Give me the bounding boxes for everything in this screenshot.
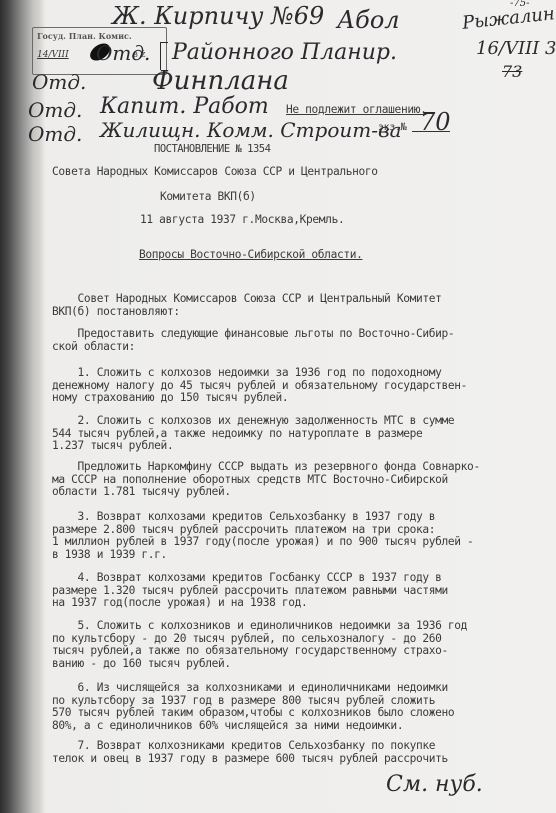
paragraph-line: 2. Сложить с колхозов их денежную задолж…: [52, 415, 454, 428]
paragraph: 2. Сложить с колхозов их денежную задолж…: [52, 415, 454, 453]
handwritten-dist-dept-3: Капит. Работ: [100, 94, 269, 119]
document-title: ПОСТАНОВЛЕНИЕ № 1354: [154, 143, 270, 156]
paragraph-line: в 1938 и 1939 г.г.: [52, 549, 473, 562]
stamp-organization: Госуд. План. Комис.: [37, 31, 132, 41]
handwritten-date: 16/VIII 37: [476, 38, 556, 59]
bracket-line: [160, 42, 168, 43]
paragraph-line: 4. Возврат колхозами кредитов Госбанку С…: [52, 572, 448, 585]
paragraph-line: 3. Возврат колхозами кредитов Сельхозбан…: [52, 511, 473, 524]
paragraph-line: области 1.781 тысячу рублей.: [52, 486, 480, 499]
handwritten-dist-dept-2: Финплана: [152, 66, 289, 96]
paragraph-line: 1.237 тысяч рублей.: [52, 440, 454, 453]
handwritten-note-top: Абол: [337, 6, 400, 34]
paragraph-line: 570 тысяч рублей таким образом,чтобы с к…: [52, 707, 454, 720]
issuer-line-1: Совета Народных Комиссаров Союза ССР и Ц…: [52, 166, 378, 179]
paragraph-line: ному страхованию до 150 тысяч рублей.: [52, 392, 467, 405]
paragraph: 6. Из числящейся за колхозниками и едино…: [52, 682, 454, 732]
paragraph-line: на 1937 год(после урожая) и на 1938 год.: [52, 597, 448, 610]
handwritten-addressee: Ж. Кирпичу №69: [112, 2, 324, 30]
handwritten-dist-dept-4: Жилищн. Комм. Строит-ва: [100, 118, 402, 142]
paragraph: 5. Сложить с колхозников и единоличников…: [52, 620, 467, 670]
copy-number-underline: [412, 131, 450, 132]
paragraph: Предложить Наркомфину СССР выдать из рез…: [52, 461, 480, 499]
paragraph: 3. Возврат колхозами кредитов Сельхозбан…: [52, 511, 473, 561]
paragraph-line: Предоставить следующие финансовые льготы…: [52, 328, 454, 341]
handwritten-dist-dept-1: Районного Планир.: [172, 40, 397, 65]
paragraph-line: 7. Возврат колхозниками кредитов Сельхоз…: [52, 740, 448, 753]
paragraph: Предоставить следующие финансовые льготы…: [52, 328, 454, 353]
paragraph: 1. Сложить с колхозов недоимки за 1936 г…: [52, 367, 467, 405]
document-subject: Вопросы Восточно-Сибирской области.: [139, 249, 363, 262]
handwritten-dist-prefix-1: Отд.: [96, 41, 150, 65]
paragraph-line: Совет Народных Комиссаров Союза ССР и Це…: [52, 293, 442, 306]
paragraph-line: 1 миллион рублей в 1937 году(после урожа…: [52, 536, 473, 549]
secrecy-note: Не подлежит оглашению.: [286, 104, 426, 117]
paragraph: 7. Возврат колхозниками кредитов Сельхоз…: [52, 740, 448, 765]
bracket-line: [160, 42, 162, 70]
paragraph-line: тысяч рублей,а также по обязательному го…: [52, 645, 467, 658]
paragraph-line: 1. Сложить с колхозов недоимки за 1936 г…: [52, 367, 467, 380]
document-page: Госуд. План. Комис. 14/VIII з ż Ж. Кирпи…: [0, 0, 556, 813]
handwritten-dist-prefix-3: Отд.: [28, 98, 82, 122]
handwritten-continued-note: См. нуб.: [386, 772, 483, 797]
paragraph-line: Предложить Наркомфину СССР выдать из рез…: [52, 461, 480, 474]
handwritten-dist-prefix-2: Отд.: [32, 70, 86, 94]
paragraph: Совет Народных Комиссаров Союза ССР и Це…: [52, 293, 442, 318]
handwritten-signature: Рыжалин: [461, 3, 556, 34]
paragraph: 4. Возврат колхозами кредитов Госбанку С…: [52, 572, 448, 610]
handwritten-page-mark: -75-: [510, 0, 529, 9]
paragraph-line: 6. Из числящейся за колхозниками и едино…: [52, 682, 454, 695]
copy-label: экз.№: [378, 122, 406, 135]
date-place: 11 августа 1937 г.Москва,Кремль.: [140, 214, 344, 227]
paragraph-line: 5. Сложить с колхозников и единоличников…: [52, 620, 467, 633]
issuer-line-2: Комитета ВКП(б): [160, 191, 256, 204]
paragraph-line: ской области:: [52, 341, 454, 354]
paragraph-line: 80%, а с единоличников 60% числящейся за…: [52, 720, 454, 733]
paragraph-line: ванию - до 160 тысяч рублей.: [52, 658, 467, 671]
stamp-date: 14/VIII: [37, 50, 69, 60]
paragraph-line: ВКП(б) постановляют:: [52, 306, 442, 319]
handwritten-number: 73: [502, 62, 522, 81]
paragraph-line: телок и овец в 1937 году в размере 600 т…: [52, 753, 448, 766]
handwritten-dist-prefix-4: Отд.: [28, 122, 82, 146]
